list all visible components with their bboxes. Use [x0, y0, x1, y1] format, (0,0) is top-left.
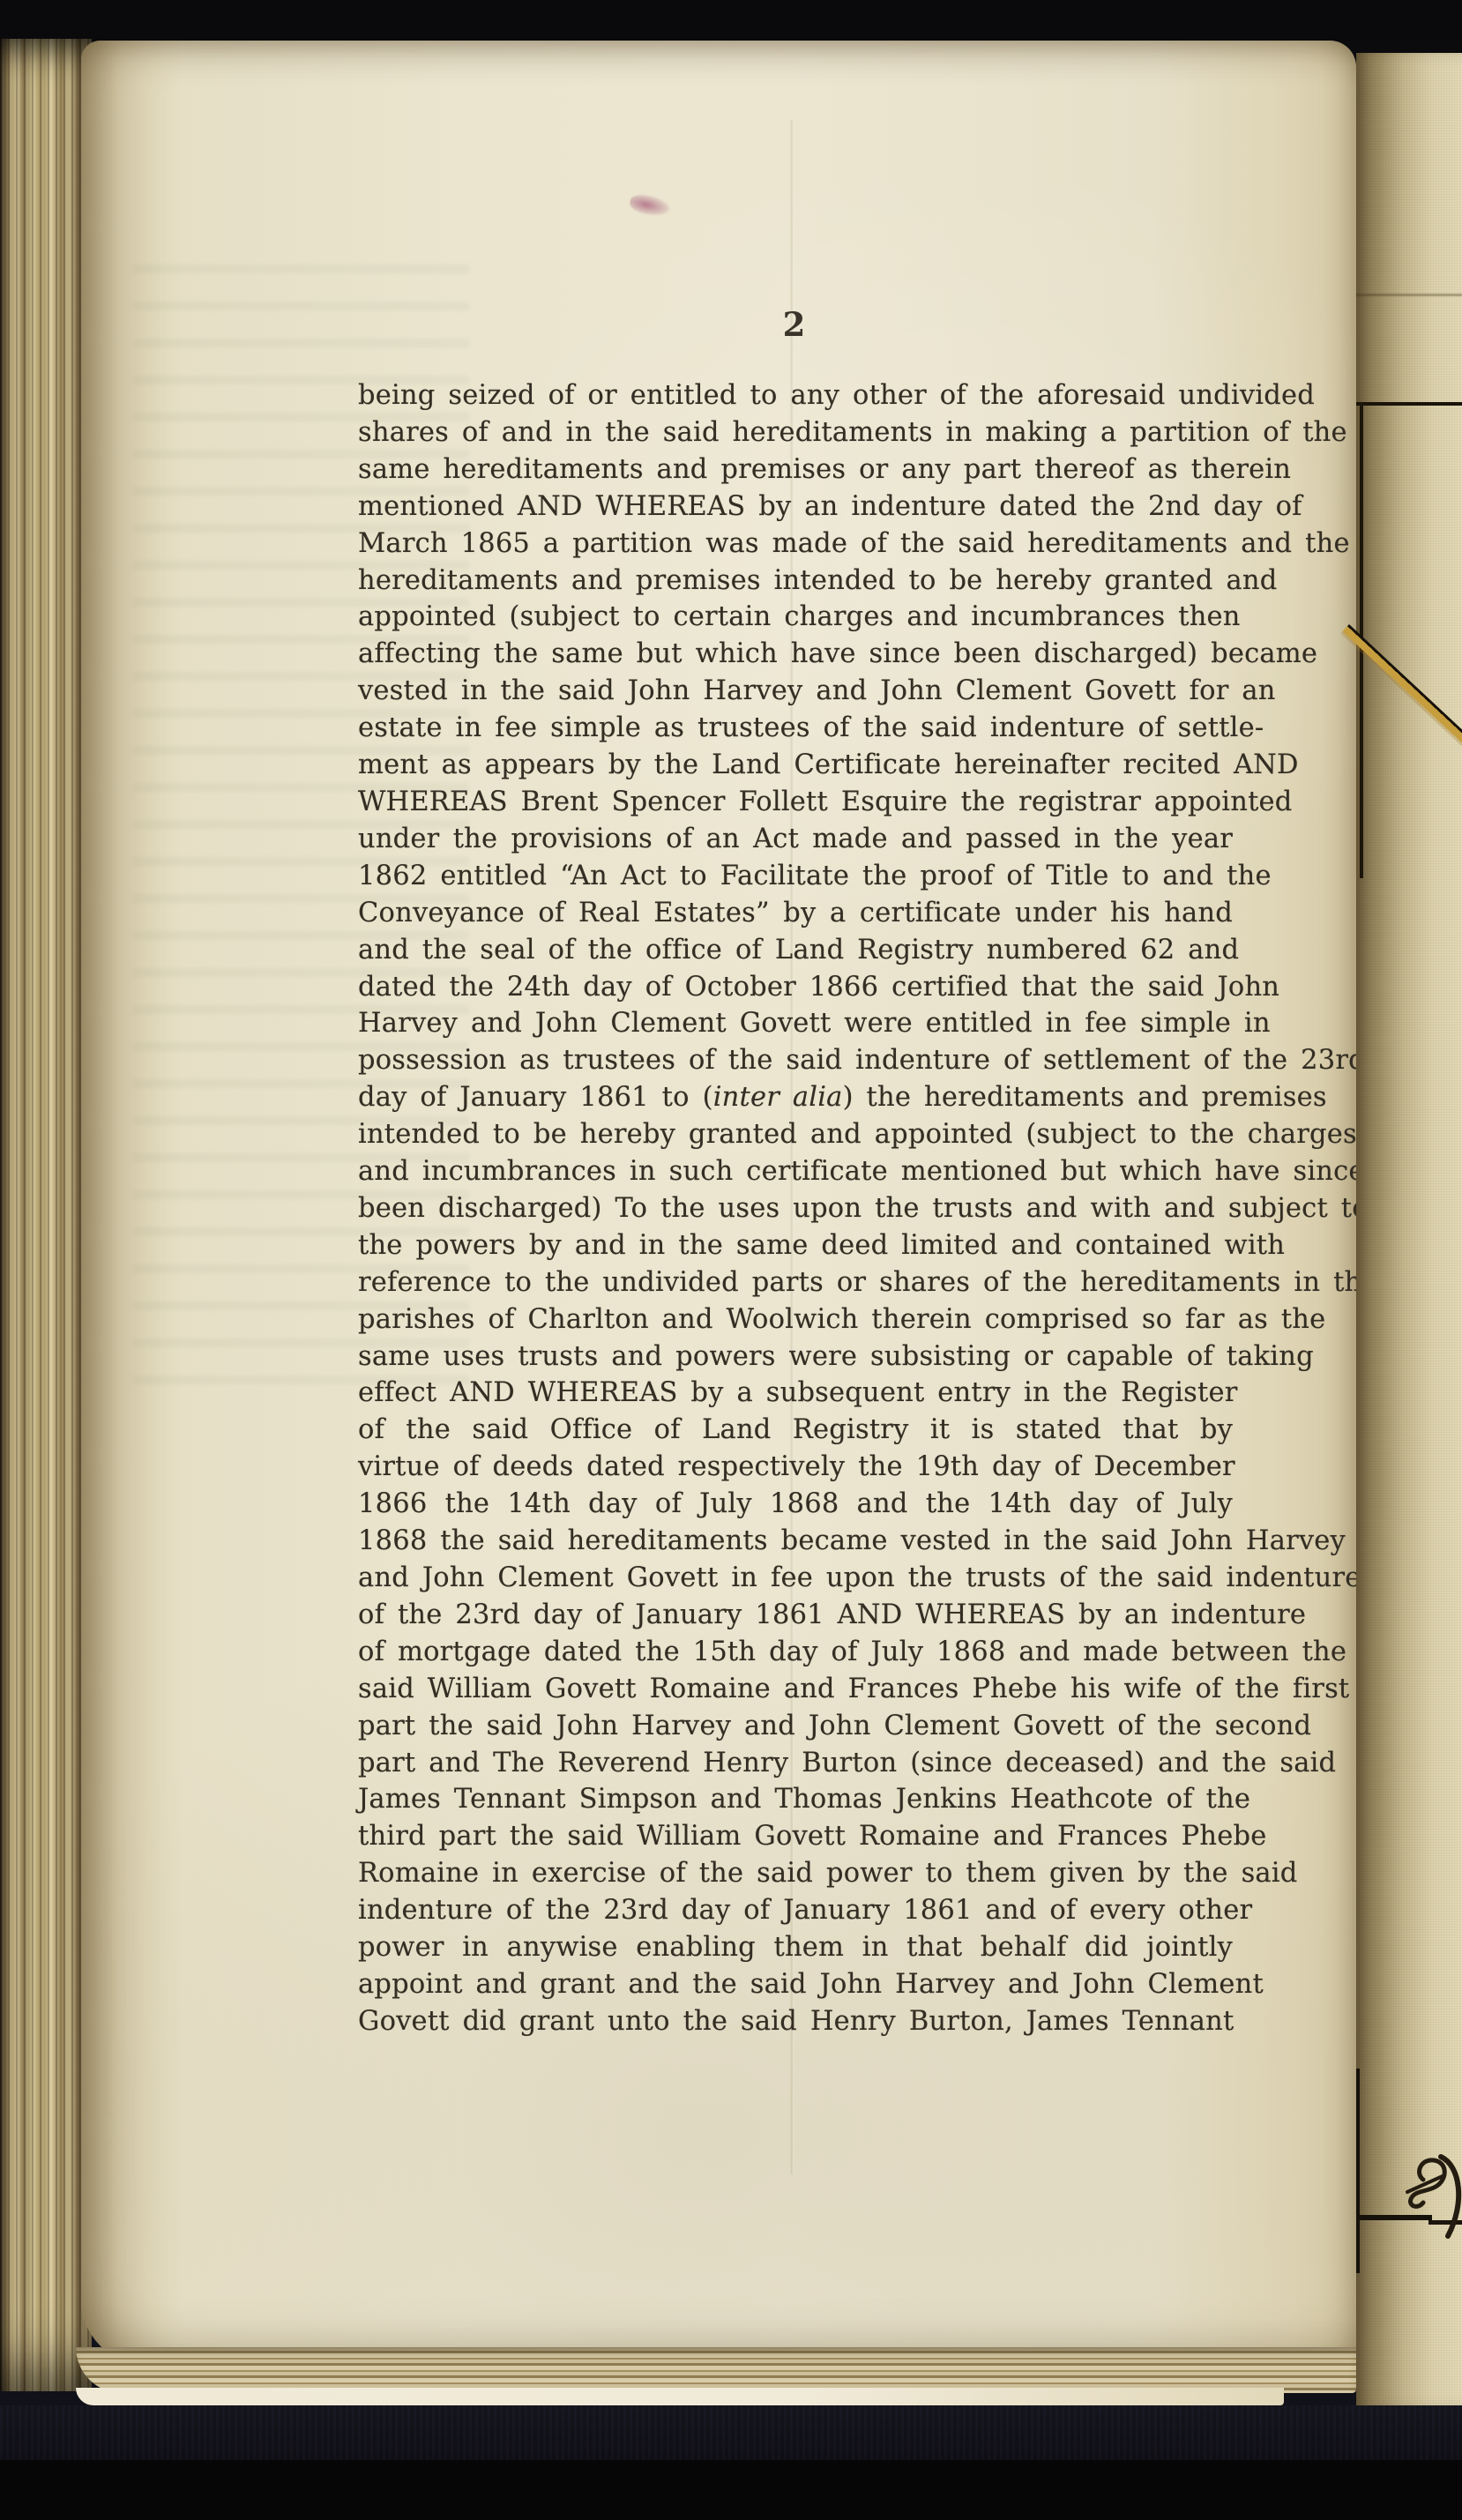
text-line: appoint and grant and the said John Harv…	[358, 1966, 1233, 2003]
text-line: appointed (subject to certain charges an…	[358, 599, 1233, 636]
text-line: part and The Reverend Henry Burton (sinc…	[358, 1745, 1233, 1782]
text-line: said William Govett Romaine and Frances …	[358, 1671, 1233, 1708]
text-line: James Tennant Simpson and Thomas Jenkins…	[358, 1781, 1233, 1818]
text-line: under the provisions of an Act made and …	[358, 821, 1233, 858]
text-line: intended to be hereby granted and appoin…	[358, 1116, 1233, 1153]
text-line: virtue of deeds dated respectively the 1…	[358, 1449, 1233, 1486]
text-line: same uses trusts and powers were subsist…	[358, 1338, 1233, 1376]
text-line: same hereditaments and premises or any p…	[358, 451, 1233, 488]
underlying-page-sliver	[76, 2388, 1284, 2405]
document-page: 2 being seized of or entitled to any oth…	[81, 41, 1356, 2365]
text-line: ment as appears by the Land Certificate …	[358, 747, 1233, 784]
text-line: 1866 the 14th day of July 1868 and the 1…	[358, 1486, 1233, 1523]
text-line: Conveyance of Real Estates” by a certifi…	[358, 895, 1233, 932]
adjacent-page-edge	[1356, 53, 1462, 2409]
text-line: March 1865 a partition was made of the s…	[358, 526, 1233, 563]
text-line: WHEREAS Brent Spencer Follett Esquire th…	[358, 784, 1233, 821]
text-line: 1862 entitled “An Act to Facilitate the …	[358, 858, 1233, 895]
text-line: Govett did grant unto the said Henry Bur…	[358, 2003, 1233, 2040]
text-line: hereditaments and premises intended to b…	[358, 563, 1233, 600]
photo-background-bottom-deep	[0, 2460, 1462, 2520]
text-line: of the said Office of Land Registry it i…	[358, 1412, 1233, 1449]
text-line: and John Clement Govett in fee upon the …	[358, 1560, 1233, 1597]
text-line: and incumbrances in such certificate men…	[358, 1153, 1233, 1190]
text-line: 1868 the said hereditaments became veste…	[358, 1523, 1233, 1560]
page-stack-edges	[0, 39, 92, 2391]
text-line: vested in the said John Harvey and John …	[358, 673, 1233, 710]
text-line: being seized of or entitled to any other…	[358, 377, 1233, 414]
handwritten-paraph-mark	[1397, 2141, 1462, 2255]
body-text: being seized of or entitled to any other…	[358, 377, 1233, 2040]
text-line: the powers by and in the same deed limit…	[358, 1227, 1233, 1264]
text-line: power in anywise enabling them in that b…	[358, 1929, 1233, 1966]
text-line: dated the 24th day of October 1866 certi…	[358, 969, 1233, 1006]
bottom-page-edges	[76, 2347, 1356, 2393]
text-line: reference to the undivided parts or shar…	[358, 1264, 1233, 1301]
text-line: possession as trustees of the said inden…	[358, 1042, 1233, 1079]
text-line: Harvey and John Clement Govett were enti…	[358, 1005, 1233, 1042]
adjacent-page-fold	[1356, 294, 1462, 296]
ink-smudge	[628, 191, 672, 219]
text-line: effect AND WHEREAS by a subsequent entry…	[358, 1375, 1233, 1412]
text-line: been discharged) To the uses upon the tr…	[358, 1190, 1233, 1227]
plan-border-vertical-line-lower	[1356, 2069, 1360, 2273]
text-line: Romaine in exercise of the said power to…	[358, 1855, 1233, 1892]
text-line: of mortgage dated the 15th day of July 1…	[358, 1634, 1233, 1671]
plan-border-horizontal-line	[1356, 402, 1462, 406]
photographed-book-page: 2 being seized of or entitled to any oth…	[0, 0, 1462, 2520]
text-line: day of January 1861 to (inter alia) the …	[358, 1079, 1233, 1116]
page-number: 2	[358, 305, 1231, 344]
text-line: third part the said William Govett Romai…	[358, 1818, 1233, 1855]
text-line: mentioned AND WHEREAS by an indenture da…	[358, 488, 1233, 526]
text-line: shares of and in the said hereditaments …	[358, 414, 1233, 451]
photo-background-top	[0, 0, 1462, 41]
text-line: of the 23rd day of January 1861 AND WHER…	[358, 1597, 1233, 1634]
text-line: indenture of the 23rd day of January 186…	[358, 1892, 1233, 1929]
text-line: estate in fee simple as trustees of the …	[358, 710, 1233, 747]
text-line: affecting the same but which have since …	[358, 636, 1233, 673]
text-line: and the seal of the office of Land Regis…	[358, 932, 1233, 969]
text-line: part the said John Harvey and John Cleme…	[358, 1708, 1233, 1745]
text-line: parishes of Charlton and Woolwich therei…	[358, 1301, 1233, 1338]
